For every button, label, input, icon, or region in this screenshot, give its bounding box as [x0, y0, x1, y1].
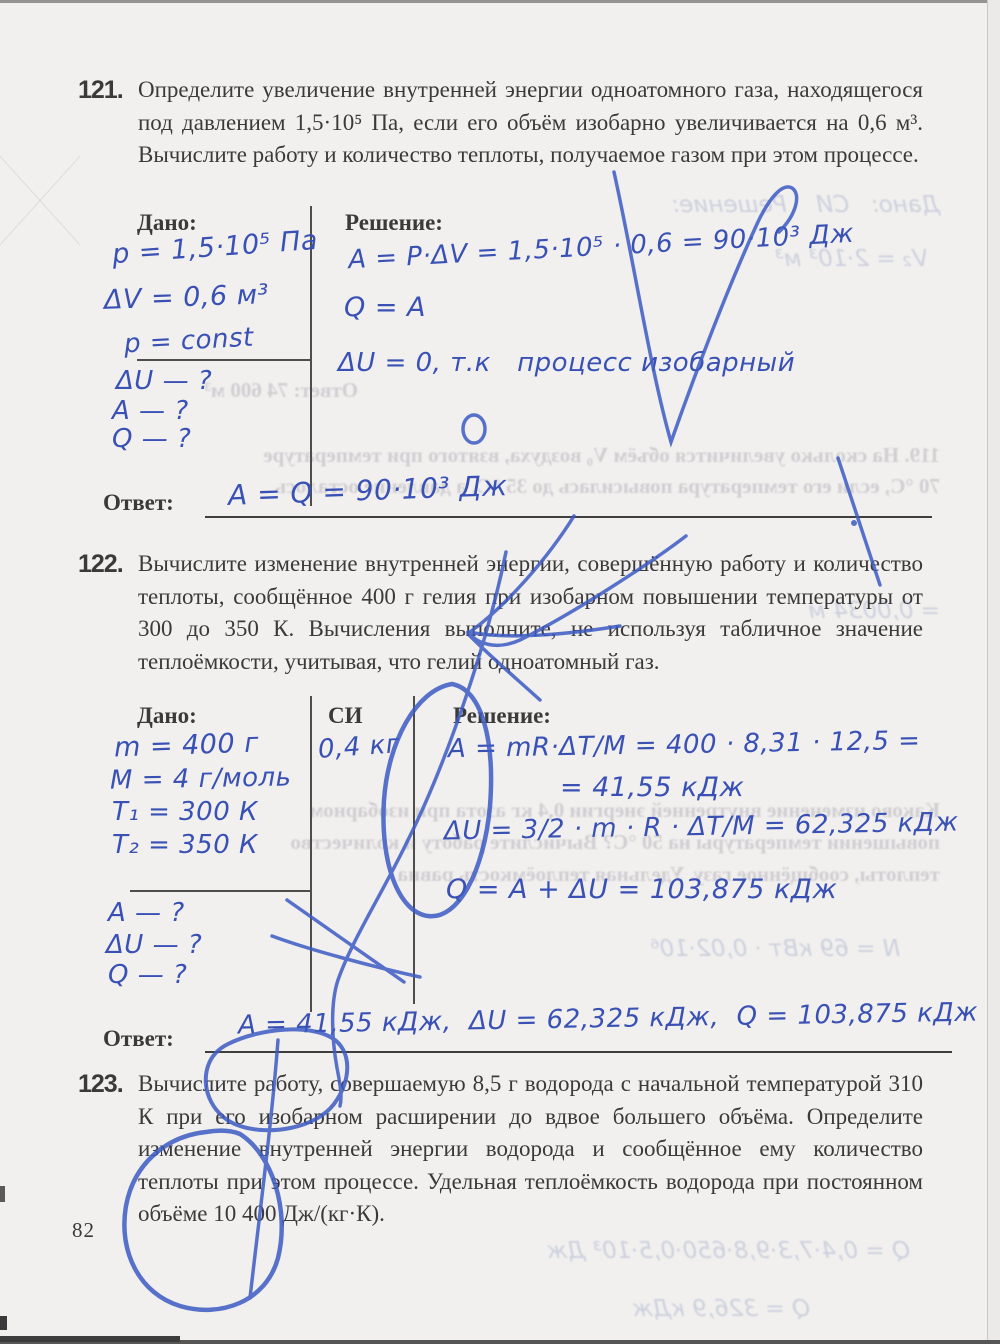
- handwritten-solution: ΔU = 3/2 · m · R · ΔT/M = 62,325 кДж: [444, 808, 959, 847]
- handwritten-unknown: Q — ?: [112, 424, 191, 454]
- pen-zigzag-1: [287, 900, 404, 982]
- handwritten-solution: = 41,55 кДж: [560, 772, 744, 803]
- handwritten-solution: Q = A: [344, 292, 426, 323]
- handwritten-given: M = 4 г/моль: [110, 762, 292, 795]
- problem-text: Вычислите работу, совершаемую 8,5 г водо…: [138, 1068, 923, 1231]
- given-label: Дано:: [137, 703, 197, 729]
- scan-edge-left-dash: [0, 1186, 5, 1202]
- page-number: 82: [72, 1218, 95, 1243]
- table-divider: [310, 696, 312, 1012]
- problem-122: 122. Вычислите изменение внутренней энер…: [78, 548, 923, 678]
- handwritten-given: T₁ = 300 К: [112, 797, 258, 827]
- handwritten-unknown: ΔU — ?: [116, 366, 212, 396]
- pen-dot-answer-121: [851, 520, 857, 526]
- bleedthrough-text: N = 69 кВт · 0,02·10⁶: [560, 936, 900, 962]
- handwritten-unknown: ΔU — ?: [106, 930, 202, 960]
- given-label: Дано:: [137, 210, 197, 236]
- pen-check-121: [614, 172, 797, 442]
- scan-edge-left-corner: [0, 1316, 7, 1330]
- handwritten-given: ΔV = 0,6 м³: [104, 279, 270, 316]
- problem-121: 121. Определите увеличение внутренней эн…: [78, 74, 923, 172]
- answer-label: Ответ:: [103, 490, 174, 516]
- problem-text: Определите увеличение внутренней энергии…: [138, 74, 923, 172]
- problem-text: Вычислите изменение внутренней энергии, …: [138, 548, 923, 678]
- handwritten-si-value: 0,4 кг: [317, 729, 401, 765]
- answer-line: [205, 516, 932, 518]
- handwritten-unknown: Q — ?: [108, 960, 187, 990]
- answer-label: Ответ:: [103, 1026, 174, 1052]
- handwritten-answer: A = Q = 90·10³ Дж: [228, 469, 509, 512]
- handwritten-given: p = const: [123, 323, 254, 360]
- handwritten-solution: A = mR·ΔT/M = 400 · 8,31 · 12,5 =: [448, 726, 921, 764]
- handwritten-solution: ΔU = 0, т.к процесс изобарный: [338, 348, 795, 378]
- problem-number: 123.: [78, 1068, 138, 1231]
- handwritten-solution: Q = A + ΔU = 103,875 кДж: [446, 874, 837, 905]
- solution-label: Решение:: [453, 703, 551, 729]
- handwritten-given: m = 400 г: [114, 727, 260, 763]
- problem-123: 123. Вычислите работу, совершаемую 8,5 г…: [78, 1068, 923, 1231]
- table-divider: [413, 696, 415, 1004]
- handwritten-unknown: A — ?: [112, 396, 189, 426]
- solution-label: Решение:: [345, 210, 443, 236]
- scan-edge-top: [0, 0, 1000, 3]
- problem-number: 122.: [78, 548, 138, 678]
- problem-number: 121.: [78, 74, 138, 172]
- bleedthrough-text: Дано: СИ Решение:: [600, 192, 940, 218]
- given-separator: [130, 890, 310, 892]
- scan-edge-bottom-dark: [0, 1336, 180, 1342]
- page-edge-line: [987, 0, 988, 1344]
- handwritten-answer: A = 41,55 кДж, ΔU = 62,325 кДж, Q = 103,…: [238, 998, 979, 1041]
- handwritten-given: T₂ = 350 К: [112, 830, 258, 860]
- answer-line: [205, 1051, 952, 1053]
- pen-small-circle-121: [463, 415, 485, 443]
- handwritten-unknown: A — ?: [108, 898, 185, 928]
- si-label: СИ: [328, 703, 363, 729]
- scan-edge-right-shade: [988, 0, 1000, 1344]
- bleedthrough-text: Q = 0,4·7,3·9,8·650·0,5·10³ Дж: [390, 1238, 910, 1264]
- bleedthrough-text: Q = 326,9 кДж: [430, 1296, 810, 1322]
- workbook-page: Дано: СИ Решение: V₂ = 2·10³ м³ Ответ: 7…: [0, 0, 1000, 1344]
- given-separator: [137, 359, 310, 361]
- pen-zigzag-2: [272, 936, 420, 977]
